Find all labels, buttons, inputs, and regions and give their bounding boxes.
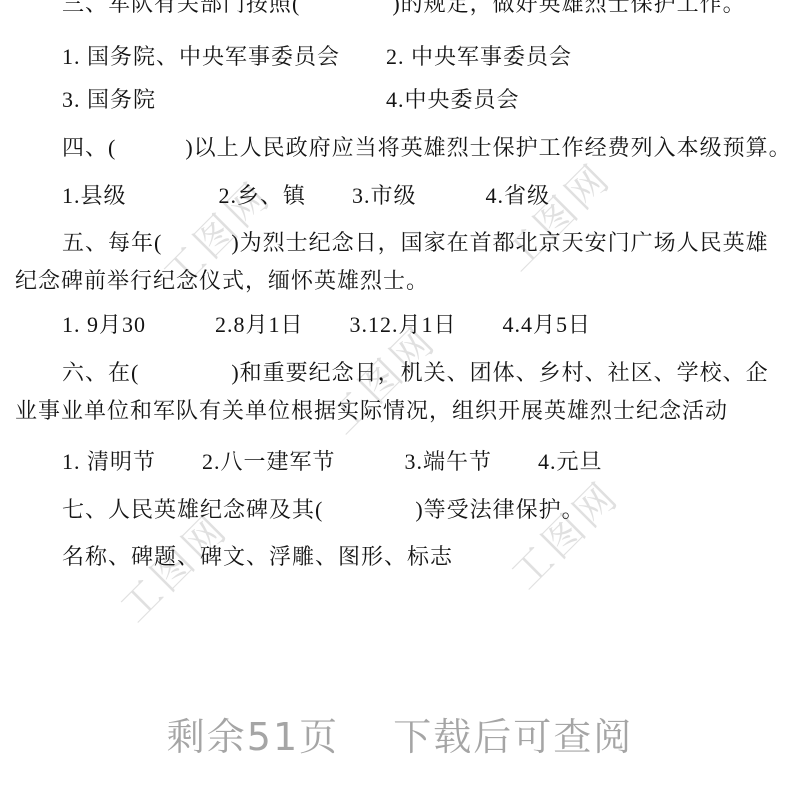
question-5-line1: 五、每年( )为烈士纪念日，国家在首都北京天安门广场人民英雄 [62,231,769,255]
q4-options: 1.县级 2.乡、镇 3.市级 4.省级 [62,184,550,208]
q3-options-3-4: 3. 国务院 4.中央委员会 [62,88,520,112]
q5-options: 1. 9月30 2.8月1日 3.12.月1日 4.4月5日 [62,313,591,337]
document-canvas: 工图网 工图网 工图网 工图网 工图网 三、军队有关部门按照( )的规定，做好英… [0,0,800,806]
watermark-text: 工图网 [496,466,630,600]
question-4: 四、( )以上人民政府应当将英雄烈士保护工作经费列入本级预算。 [62,136,792,160]
question-5-line2: 纪念碑前举行纪念仪式，缅怀英雄烈士。 [15,269,429,293]
question-7: 七、人民英雄纪念碑及其( )等受法律保护。 [62,498,585,522]
q7-answer: 名称、碑题、碑文、浮雕、图形、标志 [62,545,453,569]
q3-options-1-2: 1. 国务院、中央军事委员会 2. 中央军事委员会 [62,45,572,69]
document-page: { "doc": { "text_color": "#141414", "lin… [0,0,800,806]
question-6-line1: 六、在( )和重要纪念日，机关、团体、乡村、社区、学校、企 [62,361,769,385]
question-3: 三、军队有关部门按照( )的规定，做好英雄烈士保护工作。 [62,0,746,16]
q6-options: 1. 清明节 2.八一建军节 3.端午节 4.元旦 [62,450,603,474]
question-6-line2: 业事业单位和军队有关单位根据实际情况，组织开展英雄烈士纪念活动 [15,399,728,423]
remaining-pages-notice: 剩余51页 下载后可查阅 [0,706,800,761]
watermark-text: 工图网 [488,148,622,282]
